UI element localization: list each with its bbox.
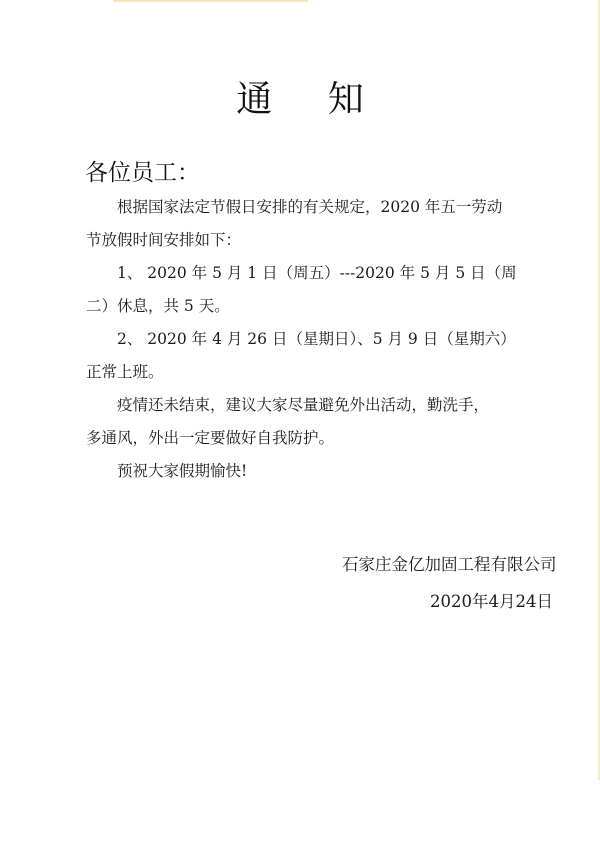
paragraph-epidemic-advice: 疫情还未结束，建议大家尽量避免外出活动，勤洗手， 多通风，外出一定要做好自我防护… <box>86 389 516 455</box>
paragraph-line: 预祝大家假期愉快! <box>86 455 516 488</box>
paragraph-line: 节放假时间安排如下： <box>86 224 516 257</box>
paragraph-line: 1、 2020 年 5 月 1 日（周五）---2020 年 5 月 5 日（周 <box>86 257 516 290</box>
paragraph-line: 二）休息，共 5 天。 <box>86 290 516 323</box>
paragraph-item-1-holiday-dates: 1、 2020 年 5 月 1 日（周五）---2020 年 5 月 5 日（周… <box>86 257 516 323</box>
scan-edge-top <box>113 0 308 3</box>
paragraph-line: 疫情还未结束，建议大家尽量避免外出活动，勤洗手， <box>86 389 516 422</box>
paragraph-line: 正常上班。 <box>86 356 516 389</box>
paragraph-line: 2、 2020 年 4 月 26 日（星期日）、5 月 9 日（星期六） <box>86 323 516 356</box>
salutation: 各位员工： <box>85 158 200 188</box>
signature-company: 石家庄金亿加固工程有限公司 <box>342 553 557 577</box>
paragraph-holiday-intro: 根据国家法定节假日安排的有关规定，2020 年五一劳动 节放假时间安排如下： <box>86 191 516 257</box>
signature-date: 2020年4月24日 <box>430 590 553 614</box>
paragraph-wishes: 预祝大家假期愉快! <box>86 455 516 488</box>
notice-title: 通 知 <box>0 78 600 122</box>
paragraph-line: 根据国家法定节假日安排的有关规定，2020 年五一劳动 <box>86 191 516 224</box>
paragraph-line: 多通风，外出一定要做好自我防护。 <box>86 422 516 455</box>
paragraph-item-2-workdays: 2、 2020 年 4 月 26 日（星期日）、5 月 9 日（星期六） 正常上… <box>86 323 516 389</box>
